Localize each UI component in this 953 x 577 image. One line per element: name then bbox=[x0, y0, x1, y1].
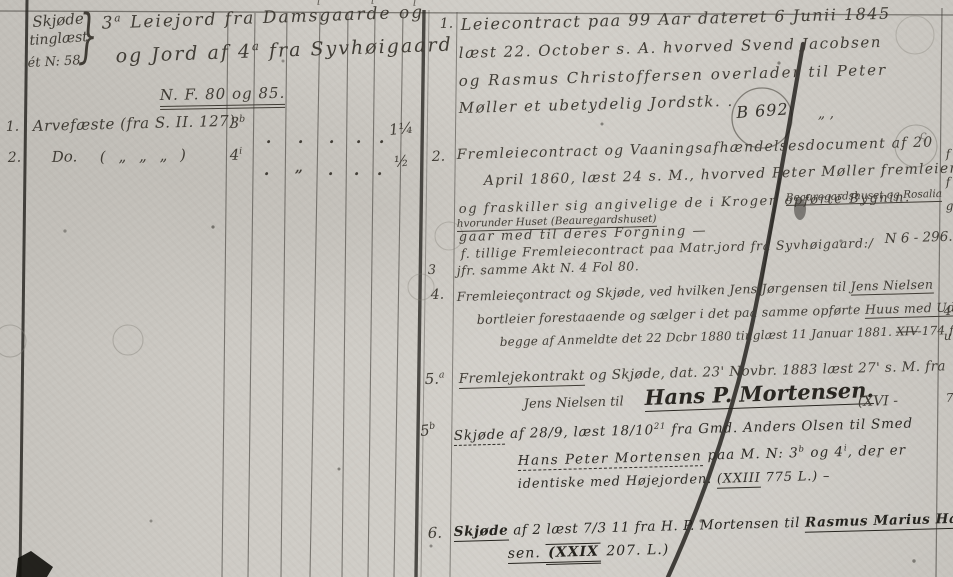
matr-sup: b bbox=[239, 114, 245, 125]
ditto-dot: . bbox=[298, 128, 304, 147]
title-matr-num: 3 bbox=[101, 13, 115, 33]
entry-number: 1. bbox=[440, 16, 454, 32]
matr-num: 4 bbox=[230, 146, 240, 164]
ditto-parens: ( „ „ „ ) bbox=[100, 146, 191, 166]
entry2-margin-ref: N 6 - 296. bbox=[884, 229, 952, 247]
ditto-dot: . bbox=[264, 160, 270, 179]
entry-num: 5. bbox=[425, 370, 440, 388]
entry-num-sup: a bbox=[439, 369, 445, 380]
entry6-l2-text: sen. bbox=[508, 545, 547, 564]
top-edge-tail: l bbox=[317, 0, 321, 8]
top-edge-tail: l bbox=[413, 0, 417, 9]
section-divider-line bbox=[416, 10, 424, 577]
left-header-line3: ét N: 58. bbox=[27, 53, 85, 71]
edge-cut-mark: f bbox=[946, 175, 951, 189]
entry-number: 6. bbox=[428, 524, 443, 542]
grantee-name: Rasmus Marius Han- bbox=[805, 510, 953, 532]
grantee-name: Jens Nielsen bbox=[850, 277, 933, 296]
date-superscript: 21 bbox=[654, 420, 667, 430]
matr-sup: i bbox=[239, 146, 242, 157]
row-number: 1. bbox=[6, 119, 20, 135]
hartkorn-value: ½ bbox=[393, 152, 409, 171]
left-title-line3: N. F. 80 og 85. bbox=[160, 84, 286, 104]
edge-cut-mark: 7 bbox=[946, 391, 953, 405]
top-edge-tail: l bbox=[371, 0, 375, 7]
edge-cut-mark: g bbox=[946, 199, 953, 213]
ditto-dot: „ bbox=[295, 160, 303, 176]
entry5b-l2-text: paa M. N: 3 bbox=[702, 445, 799, 464]
entry5b-l2-rest: , der er bbox=[847, 442, 906, 460]
struck-volume-ref: XIV bbox=[896, 324, 918, 339]
register-page-scan: Skjøde tinglæst ét N: 58. } 3a Leiejord … bbox=[0, 0, 953, 577]
property-phrase: Huus med Udh., bbox=[865, 299, 953, 319]
table-row-text: Do. bbox=[52, 147, 78, 166]
entry-number: 5b bbox=[419, 420, 436, 440]
matr-number: 4i bbox=[230, 146, 243, 164]
entry-num-sup: b bbox=[429, 420, 436, 432]
volume-ref: (XXIII bbox=[717, 471, 761, 489]
folio-ref: 207. L.) bbox=[601, 542, 670, 560]
edge-cut-mark: f bbox=[946, 147, 951, 161]
folio-ref: 775 L.) – bbox=[761, 469, 831, 486]
entry-number: 4. bbox=[431, 287, 445, 303]
volume-ref-boxed: (XXIX bbox=[546, 543, 601, 565]
left-border-line bbox=[20, 0, 27, 577]
hartkorn-value: 1¼ bbox=[388, 119, 414, 139]
ditto-dot: . bbox=[354, 160, 360, 179]
document-type: Fremlejekontrakt bbox=[459, 368, 585, 389]
header-brace: } bbox=[77, 1, 99, 70]
document-type: Skjøde bbox=[454, 523, 509, 542]
entry5a-grantor: Jens Nielsen til bbox=[524, 394, 624, 412]
entry-number: 5.a bbox=[425, 369, 445, 388]
ditto-dot: . bbox=[356, 128, 362, 147]
document-type: Skjøde bbox=[454, 426, 506, 445]
entry1-tail-flourish: „ , bbox=[818, 106, 835, 122]
matr-num: 3 bbox=[230, 114, 240, 132]
matr-number: 3b bbox=[230, 114, 246, 132]
entry5b-l1-text: af 28/9, læst 18/10 bbox=[505, 422, 654, 442]
stamp-reference: B 692 bbox=[736, 99, 790, 122]
edge-cut-mark: u bbox=[944, 329, 952, 343]
ditto-dot: . bbox=[379, 128, 385, 147]
right-edge-rule bbox=[936, 8, 942, 577]
row-number: 2. bbox=[8, 150, 22, 166]
folio-reference: N. F. 80 og 85. bbox=[160, 84, 286, 110]
entry5a-volume-ref: (XVI - bbox=[858, 393, 899, 410]
title-line2-sup: a bbox=[252, 39, 261, 53]
ditto-dot: . bbox=[266, 128, 272, 147]
entry5b-l2-text2: og 4 bbox=[805, 444, 844, 461]
edge-cut-mark: 4 bbox=[944, 304, 952, 318]
ditto-dot: . bbox=[328, 160, 334, 179]
entry-number: 2. bbox=[432, 149, 446, 165]
ditto-dot: . bbox=[377, 160, 383, 179]
entry-number: 3 bbox=[428, 263, 437, 278]
ditto-dot: . bbox=[329, 128, 335, 147]
